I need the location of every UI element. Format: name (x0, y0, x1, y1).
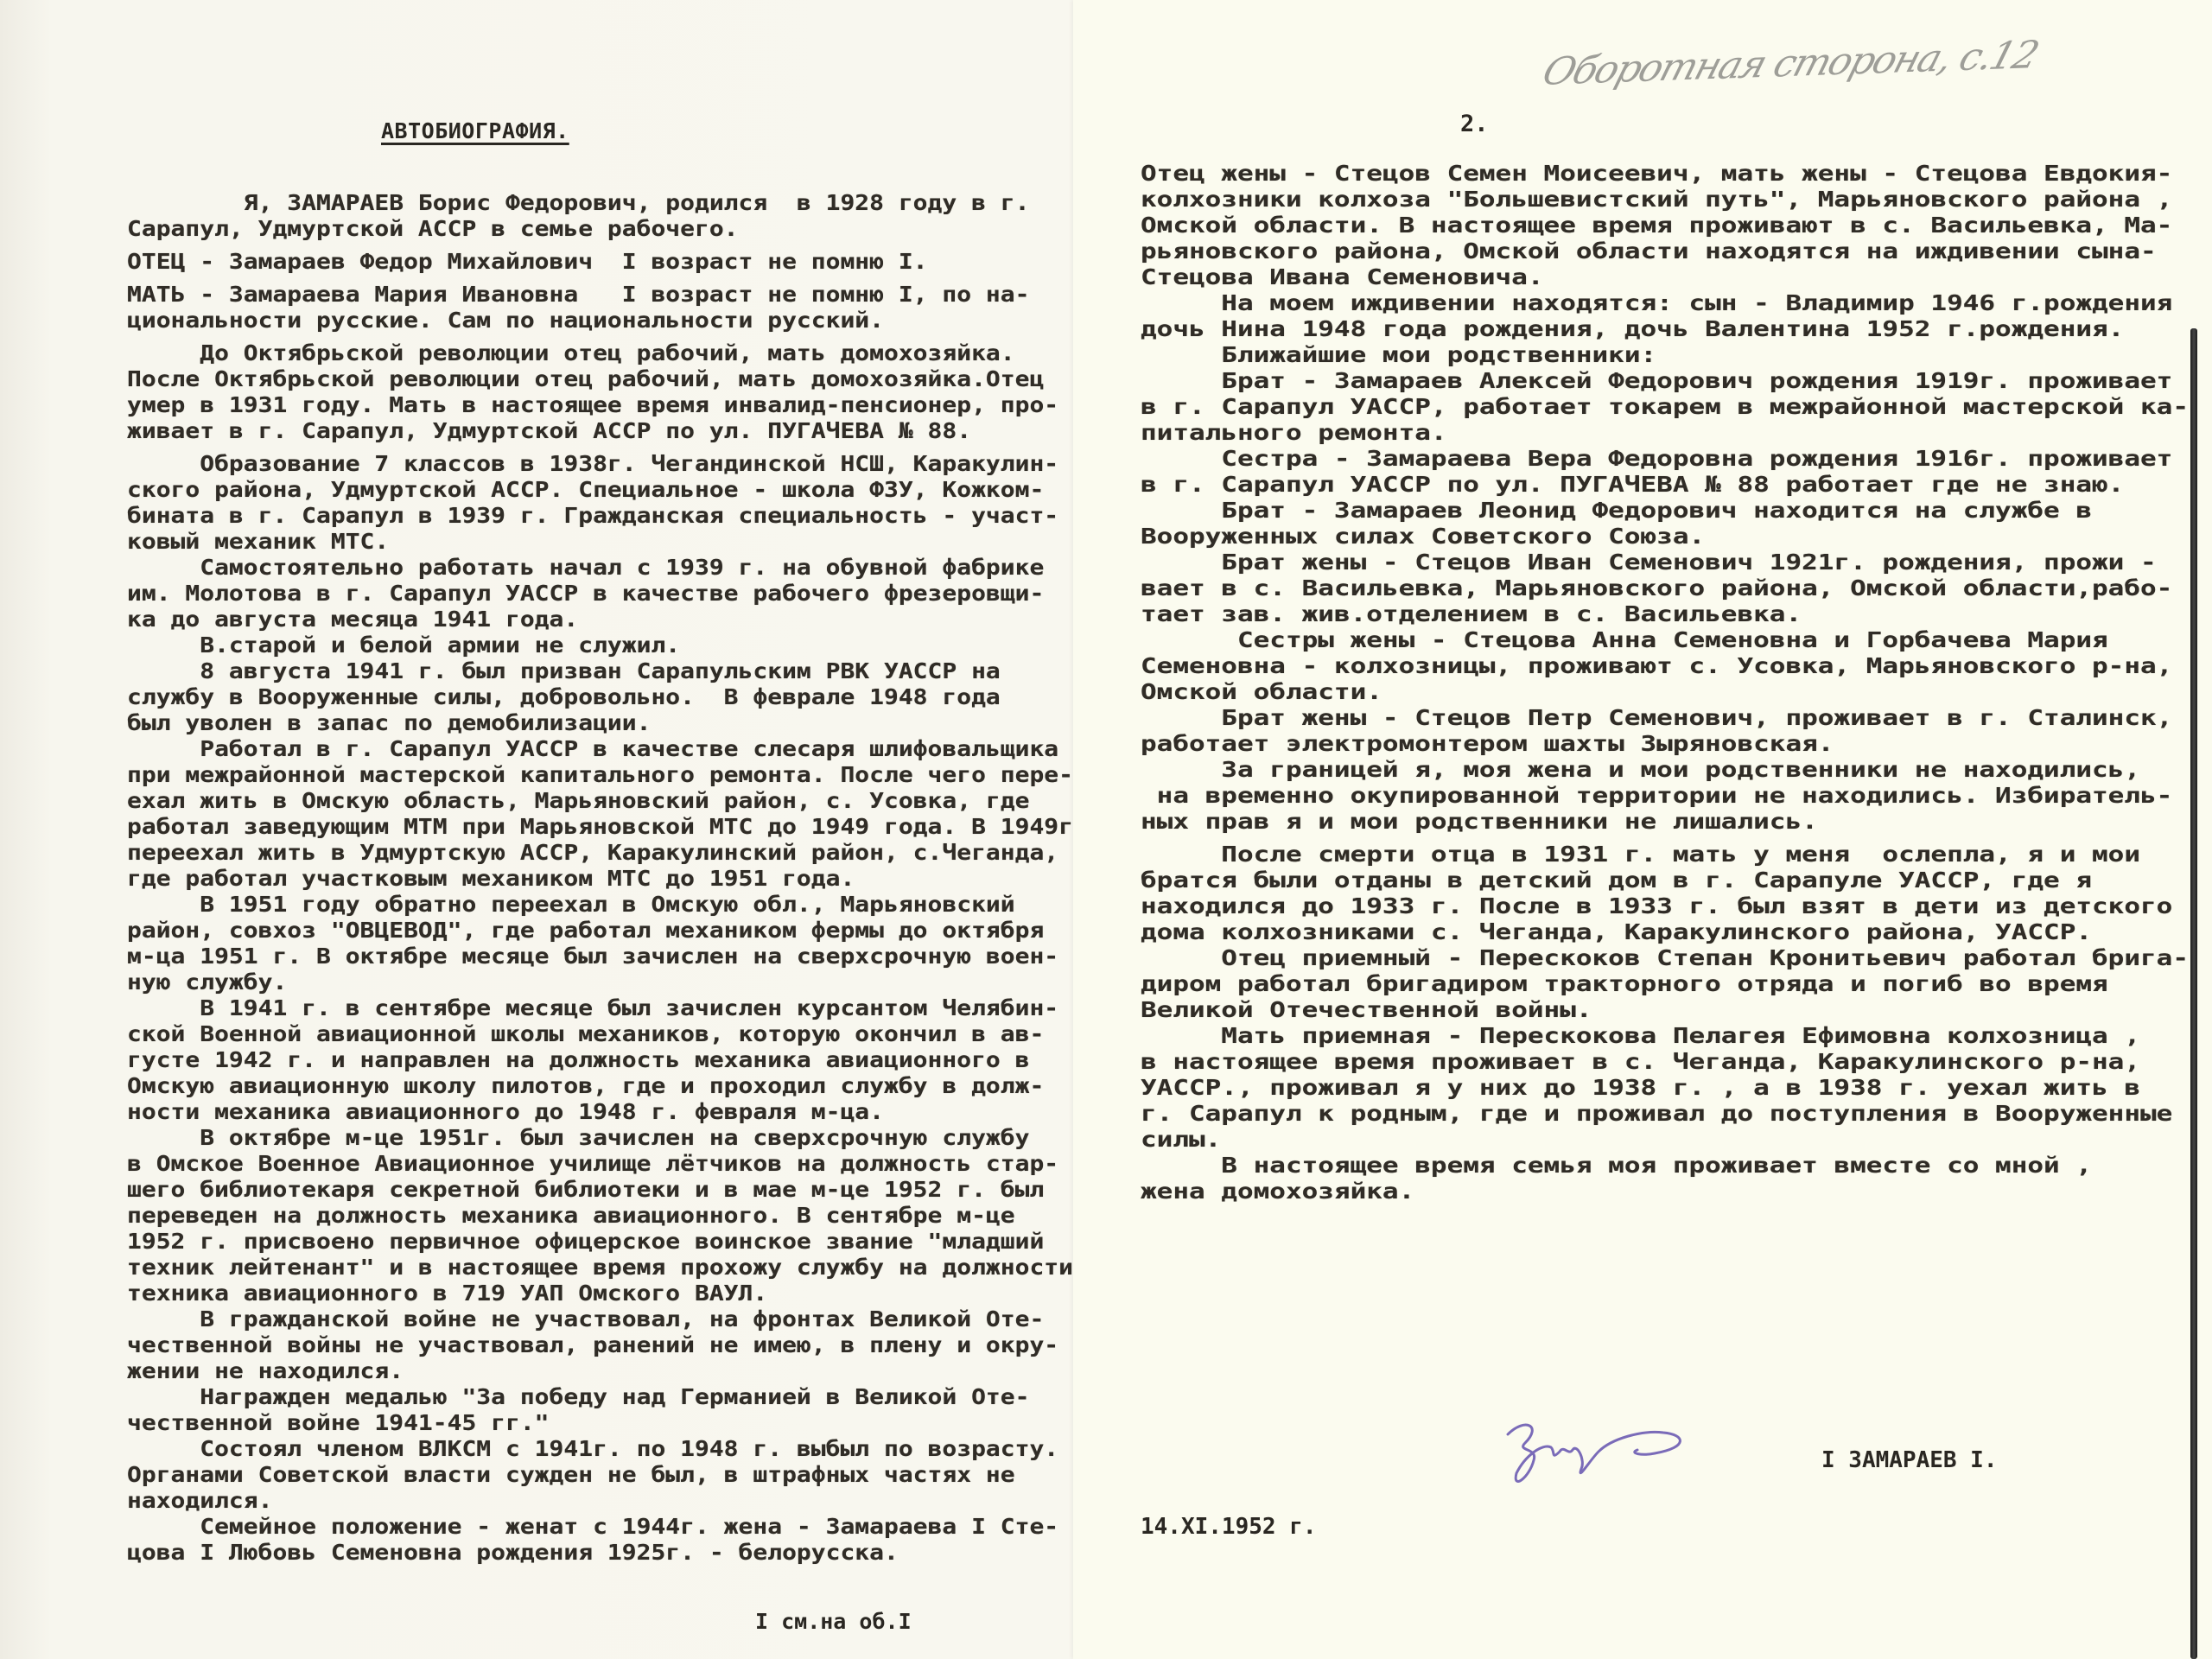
right-line: Сестры жены - Стецова Анна Семеновна и Г… (1141, 627, 2189, 653)
left-line: работал заведующим МТМ при Марьяновской … (127, 814, 1073, 840)
right-line: жена домохозяйка. (1141, 1179, 2189, 1205)
right-line: Брат - Замараев Леонид Федорович находит… (1141, 498, 2189, 524)
left-line: где работал участковым механиком МТС до … (127, 866, 1073, 892)
right-line: в г. Сарапул УАССР, работает токарем в м… (1141, 394, 2189, 420)
left-line: район, совхоз "ОВЦЕВОД", где работал мех… (127, 918, 1073, 944)
right-line: Омской области. (1141, 679, 2189, 705)
left-line: В октябре м-це 1951г. был зачислен на св… (127, 1125, 1073, 1151)
left-line: м-ца 1951 г. В октябре месяце был зачисл… (127, 944, 1073, 969)
right-line: Вооруженных силах Советского Союза. (1141, 524, 2189, 550)
left-line: МАТЬ - Замараева Мария Ивановна I возрас… (127, 282, 1073, 308)
left-page-body: Я, ЗАМАРАЕВ Борис Федорович, родился в 1… (127, 190, 1073, 1566)
handwritten-signature (1491, 1408, 1750, 1495)
left-line: Сарапул, Удмуртской АССР в семье рабочег… (127, 216, 1073, 242)
left-line: ского района, Удмуртской АССР. Специальн… (127, 477, 1073, 503)
right-line: дома колхозниками с. Чеганда, Каракулинс… (1141, 919, 2189, 945)
left-line: 1952 г. присвоено первичное офицерское в… (127, 1229, 1073, 1255)
left-line: Награжден медалью "За победу над Германи… (127, 1384, 1073, 1410)
left-line: ности механика авиационного до 1948 г. ф… (127, 1099, 1073, 1125)
left-line: живает в г. Сарапул, Удмуртской АССР по … (127, 418, 1073, 444)
left-line: ОТЕЦ - Замараев Федор Михайлович I возра… (127, 249, 1073, 275)
left-line: Состоял членом ВЛКСМ с 1941г. по 1948 г.… (127, 1436, 1073, 1462)
right-line: тает зав. жив.отделением в с. Васильевка… (1141, 601, 2189, 627)
right-line: Сестра - Замараева Вера Федоровна рожден… (1141, 446, 2189, 472)
left-line (127, 444, 1073, 451)
left-line: техника авиационного в 719 УАП Омского В… (127, 1281, 1073, 1306)
right-line: Отец приемный - Перескоков Степан Кронит… (1141, 945, 2189, 971)
left-line: службу в Вооруженные силы, добровольно. … (127, 684, 1073, 710)
right-line: Мать приемная - Перескокова Пелагея Ефим… (1141, 1023, 2189, 1049)
left-line: В.старой и белой армии не служил. (127, 632, 1073, 658)
left-line: жении не находился. (127, 1358, 1073, 1384)
left-line: техник лейтенант" и в настоящее время пр… (127, 1255, 1073, 1281)
left-line: После Октябрьской революции отец рабочий… (127, 366, 1073, 392)
right-line: питального ремонта. (1141, 420, 2189, 446)
right-line: Стецова Ивана Семеновича. (1141, 264, 2189, 290)
left-line: ка до августа месяца 1941 года. (127, 607, 1073, 632)
right-line: На моем иждивении находятся: сын - Влади… (1141, 290, 2189, 316)
left-line: бината в г. Сарапул в 1939 г. Гражданска… (127, 503, 1073, 529)
left-line: Работал в г. Сарапул УАССР в качестве сл… (127, 736, 1073, 762)
right-line: в настоящее время проживает в с. Чеганда… (1141, 1049, 2189, 1075)
right-line: В настоящее время семья моя проживает вм… (1141, 1153, 2189, 1179)
left-line (127, 334, 1073, 340)
left-line: чественной войне 1941-45 гг." (127, 1410, 1073, 1436)
left-line: при межрайонной мастерской капитального … (127, 762, 1073, 788)
right-line: УАССР., проживал я у них до 1938 г. , а … (1141, 1075, 2189, 1101)
continued-overleaf-note: I см.на об.I (755, 1609, 912, 1634)
signed-name: I ЗАМАРАЕВ I. (1821, 1447, 1998, 1473)
left-line: Органами Советской власти сужден не был,… (127, 1462, 1073, 1488)
left-line: ковый механик МТС. (127, 529, 1073, 555)
right-line: г. Сарапул к родным, где и проживал до п… (1141, 1101, 2189, 1127)
document-date: 14.XI.1952 г. (1141, 1514, 1317, 1540)
left-line: Самостоятельно работать начал с 1939 г. … (127, 555, 1073, 581)
right-line: рьяновского района, Омской области наход… (1141, 238, 2189, 264)
right-line: дочь Нина 1948 года рождения, дочь Вален… (1141, 316, 2189, 342)
left-line: Семейное положение - женат с 1944г. жена… (127, 1514, 1073, 1540)
left-line: В гражданской войне не участвовал, на фр… (127, 1306, 1073, 1332)
left-line: ехал жить в Омскую область, Марьяновский… (127, 788, 1073, 814)
left-line: Я, ЗАМАРАЕВ Борис Федорович, родился в 1… (127, 190, 1073, 216)
left-line: ской Военной авиационной школы механиков… (127, 1021, 1073, 1047)
right-line: силы. (1141, 1127, 2189, 1153)
right-line: диром работал бригадиром тракторного отр… (1141, 971, 2189, 997)
right-line: Отец жены - Стецов Семен Моисеевич, мать… (1141, 161, 2189, 187)
left-line: находился. (127, 1488, 1073, 1514)
left-line: им. Молотова в г. Сарапул УАССР в качест… (127, 581, 1073, 607)
left-line: 8 августа 1941 г. был призван Сарапульск… (127, 658, 1073, 684)
left-line: Образование 7 классов в 1938г. Чегандинс… (127, 451, 1073, 477)
right-line: Омской области. В настоящее время прожив… (1141, 213, 2189, 238)
right-line: За границей я, моя жена и мои родственни… (1141, 757, 2189, 783)
right-page-body: Отец жены - Стецов Семен Моисеевич, мать… (1141, 161, 2189, 1205)
right-line: вает в с. Васильевка, Марьяновского райо… (1141, 575, 2189, 601)
left-line: умер в 1931 году. Мать в настоящее время… (127, 392, 1073, 418)
left-line: циональности русские. Сам по национально… (127, 308, 1073, 334)
right-line: находился до 1933 г. После в 1933 г. был… (1141, 893, 2189, 919)
left-line: в Омское Военное Авиационное училище лёт… (127, 1151, 1073, 1177)
right-line (1141, 835, 2189, 842)
binding-thread (2190, 328, 2197, 1659)
left-line: В 1941 г. в сентябре месяце был зачислен… (127, 995, 1073, 1021)
left-line: густе 1942 г. и направлен на должность м… (127, 1047, 1073, 1073)
left-line: шего библиотекаря секретной библиотеки и… (127, 1177, 1073, 1203)
left-line: До Октябрьской революции отец рабочий, м… (127, 340, 1073, 366)
right-line: Семеновна - колхозницы, проживают с. Усо… (1141, 653, 2189, 679)
right-line: Брат жены - Стецов Петр Семенович, прожи… (1141, 705, 2189, 731)
right-line: колхозники колхоза "Большевистский путь"… (1141, 187, 2189, 213)
left-line: ную службу. (127, 969, 1073, 995)
right-line: ных прав я и мои родственники не лишалис… (1141, 809, 2189, 835)
page-number: 2. (1460, 111, 1489, 137)
right-line: на временно окупированной территории не … (1141, 783, 2189, 809)
right-line: братся были отданы в детский дом в г. Са… (1141, 868, 2189, 893)
document-title: АВТОБИОГРАФИЯ. (381, 118, 569, 143)
left-line: переехал жить в Удмуртскую АССР, Каракул… (127, 840, 1073, 866)
right-line: Великой Отечественной войны. (1141, 997, 2189, 1023)
left-line: переведен на должность механика авиацион… (127, 1203, 1073, 1229)
left-line (127, 242, 1073, 249)
left-line: Омскую авиационную школу пилотов, где и … (127, 1073, 1073, 1099)
right-line: После смерти отца в 1931 г. мать у меня … (1141, 842, 2189, 868)
right-line: Брат жены - Стецов Иван Семенович 1921г.… (1141, 550, 2189, 575)
left-line: В 1951 году обратно переехал в Омскую об… (127, 892, 1073, 918)
right-line: работает электромонтером шахты Зыряновск… (1141, 731, 2189, 757)
right-line: Ближайшие мои родственники: (1141, 342, 2189, 368)
left-line: цова I Любовь Семеновна рождения 1925г. … (127, 1540, 1073, 1566)
right-line: Брат - Замараев Алексей Федорович рожден… (1141, 368, 2189, 394)
left-line: чественной войны не участвовал, ранений … (127, 1332, 1073, 1358)
left-line: был уволен в запас по демобилизации. (127, 710, 1073, 736)
left-line (127, 275, 1073, 282)
right-line: в г. Сарапул УАССР по ул. ПУГАЧЕВА № 88 … (1141, 472, 2189, 498)
